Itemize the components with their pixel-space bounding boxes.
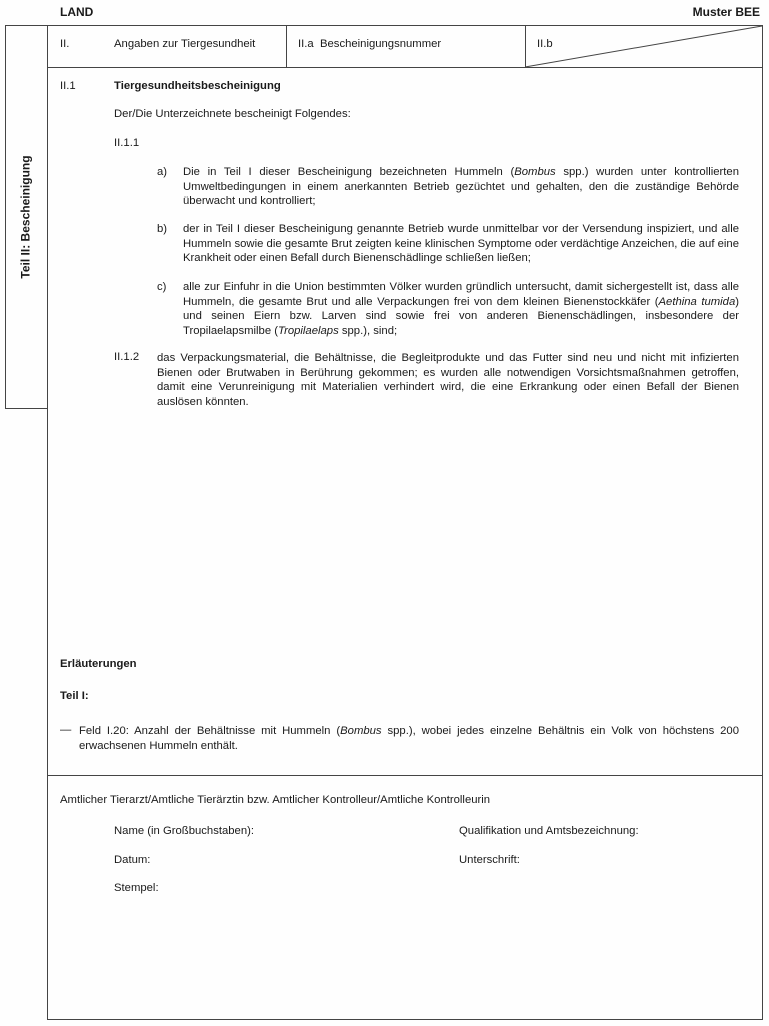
intro-text: Der/Die Unterzeichnete bescheinigt Folge… [114, 108, 351, 120]
item-label: b) [157, 222, 183, 266]
signature-divider [47, 775, 763, 776]
iib-diagonal-line [525, 25, 763, 68]
ii11-number: II.1.1 [114, 137, 139, 149]
species-name: Tropilaelaps [278, 325, 339, 337]
ii1-title: Tiergesundheitsbescheinigung [114, 80, 281, 92]
dash: — [60, 724, 71, 736]
official-label: Amtlicher Tierarzt/Amtliche Tierärztin b… [60, 794, 490, 806]
section-title: Angaben zur Tiergesundheit [114, 38, 255, 50]
date-field[interactable]: Datum: [114, 854, 150, 866]
species-name: Bombus [514, 166, 555, 178]
item-text: spp.), sind; [339, 325, 397, 337]
item-text: alle zur Einfuhr in die Union bestimmten… [183, 281, 739, 308]
item-label: a) [157, 165, 183, 209]
signature-field[interactable]: Unterschrift: [459, 854, 520, 866]
qualification-field[interactable]: Qualifikation und Amtsbezeichnung: [459, 825, 639, 837]
item-c: c) alle zur Einfuhr in die Union bestimm… [157, 280, 739, 338]
notes-part: Teil I: [60, 690, 89, 702]
notes-title: Erläuterungen [60, 658, 137, 670]
ii12-text: das Verpackungsmaterial, die Behältnisse… [157, 351, 739, 409]
stamp-field[interactable]: Stempel: [114, 882, 159, 894]
model-label: Muster BEE [693, 5, 760, 19]
item-a: a) Die in Teil I dieser Bescheinigung be… [157, 165, 739, 209]
item-text: Die in Teil I dieser Bescheinigung bezei… [183, 166, 514, 178]
country-label: LAND [60, 5, 93, 19]
sidebar-label: Teil II: Bescheinigung [5, 25, 47, 409]
section-number: II. [60, 38, 69, 50]
note-text: Feld I.20: Anzahl der Behältnisse mit Hu… [79, 724, 739, 753]
item-text: der in Teil I dieser Bescheinigung genan… [183, 222, 739, 266]
item-b: b) der in Teil I dieser Bescheinigung ge… [157, 222, 739, 266]
iib-field[interactable]: II.b [537, 38, 553, 50]
item-label: c) [157, 280, 183, 338]
sidebar-label-text: Teil II: Bescheinigung [19, 155, 33, 278]
certificate-number-field[interactable]: II.a Bescheinigungsnummer [298, 38, 441, 50]
name-field[interactable]: Name (in Großbuchstaben): [114, 825, 254, 837]
note-text-part: Feld I.20: Anzahl der Behältnisse mit Hu… [79, 725, 340, 737]
species-name: Bombus [340, 725, 381, 737]
ii1-number: II.1 [60, 80, 76, 92]
header-column-divider [286, 25, 287, 67]
ii12-number: II.1.2 [114, 351, 139, 363]
species-name: Aethina tumida [659, 296, 736, 308]
